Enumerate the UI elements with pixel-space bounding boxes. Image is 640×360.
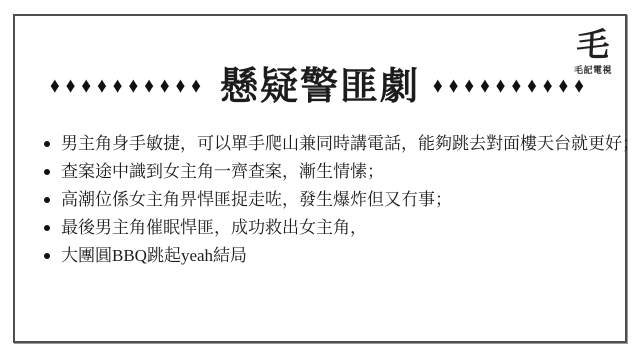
list-item: 高潮位係女主角畀悍匪捉走咗，發生爆炸但又冇事； <box>42 186 615 214</box>
title-row: ♦♦♦♦♦♦♦♦♦♦ 懸疑警匪劇 ♦♦♦♦♦♦♦♦♦♦ <box>15 66 625 108</box>
list-item: 男主角身手敏捷，可以單手爬山兼同時講電話，能夠跳去對面樓天台就更好； <box>42 130 615 158</box>
list-item: 最後男主角催眠悍匪，成功救出女主角， <box>42 214 615 242</box>
slide-card: 毛 毛記電視 ♦♦♦♦♦♦♦♦♦♦ 懸疑警匪劇 ♦♦♦♦♦♦♦♦♦♦ 男主角身手… <box>13 14 627 343</box>
tvmost-logo-icon: 毛 <box>573 28 613 62</box>
bullet-dot <box>44 253 50 259</box>
page-title: 懸疑警匪劇 <box>220 66 420 108</box>
bullet-text: 查案途中識到女主角一齊查案，漸生情愫； <box>61 162 384 181</box>
bullet-dot <box>44 169 50 175</box>
diamond-ornament-right: ♦♦♦♦♦♦♦♦♦♦ <box>433 63 590 111</box>
bullet-text: 高潮位係女主角畀悍匪捉走咗，發生爆炸但又冇事； <box>61 190 452 209</box>
bullet-dot <box>44 141 50 147</box>
bullet-text: 最後男主角催眠悍匪，成功救出女主角， <box>61 218 367 237</box>
bullet-text: 男主角身手敏捷，可以單手爬山兼同時講電話，能夠跳去對面樓天台就更好； <box>61 134 639 153</box>
bullet-list: 男主角身手敏捷，可以單手爬山兼同時講電話，能夠跳去對面樓天台就更好； 查案途中識… <box>42 130 615 270</box>
bullet-text: 大團圓BBQ跳起yeah結局 <box>61 246 247 265</box>
bullet-dot <box>44 225 50 231</box>
list-item: 大團圓BBQ跳起yeah結局 <box>42 242 615 270</box>
slide-background: 毛 毛記電視 ♦♦♦♦♦♦♦♦♦♦ 懸疑警匪劇 ♦♦♦♦♦♦♦♦♦♦ 男主角身手… <box>0 0 640 360</box>
list-item: 查案途中識到女主角一齊查案，漸生情愫； <box>42 158 615 186</box>
diamond-ornament-left: ♦♦♦♦♦♦♦♦♦♦ <box>50 63 207 111</box>
bullet-dot <box>44 197 50 203</box>
